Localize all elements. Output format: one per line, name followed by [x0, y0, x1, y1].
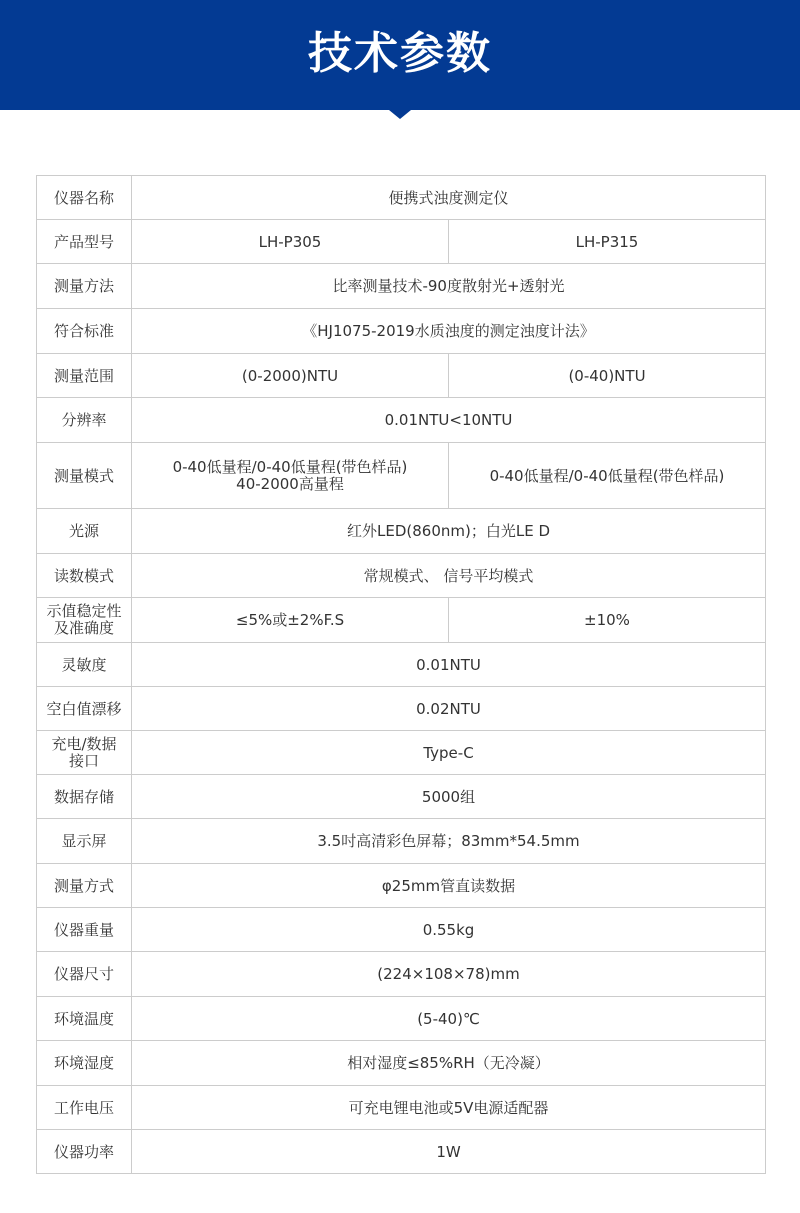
row-value: 比率测量技术-90度散射光+透射光: [132, 264, 766, 309]
header-banner: 技术参数: [0, 0, 800, 110]
row-label: 产品型号: [37, 220, 132, 264]
table-row: 仪器功率1W: [37, 1130, 766, 1174]
row-label: 光源: [37, 509, 132, 554]
table-row: 数据存储5000组: [37, 775, 766, 819]
row-label: 仪器重量: [37, 908, 132, 952]
row-label: 仪器尺寸: [37, 952, 132, 997]
table-row: 测量方法比率测量技术-90度散射光+透射光: [37, 264, 766, 309]
banner-notch: [389, 110, 411, 119]
row-label: 示值稳定性 及准确度: [37, 598, 132, 643]
table-row: 仪器重量0.55kg: [37, 908, 766, 952]
table-row: 环境温度(5-40)℃: [37, 997, 766, 1041]
row-value: φ25mm管直读数据: [132, 864, 766, 908]
table-row: 符合标准《HJ1075-2019水质浊度的测定浊度计法》: [37, 309, 766, 354]
row-value: 0.01NTU: [132, 643, 766, 687]
row-value: 便携式浊度测定仪: [132, 176, 766, 220]
row-label: 测量方式: [37, 864, 132, 908]
row-label: 符合标准: [37, 309, 132, 354]
row-label: 环境温度: [37, 997, 132, 1041]
table-row: 产品型号LH-P305LH-P315: [37, 220, 766, 264]
table-row: 空白值漂移0.02NTU: [37, 687, 766, 731]
row-value: 5000组: [132, 775, 766, 819]
row-label: 显示屏: [37, 819, 132, 864]
table-row: 读数模式常规模式、 信号平均模式: [37, 554, 766, 598]
table-row: 测量模式0-40低量程/0-40低量程(带色样品) 40-2000高量程0-40…: [37, 443, 766, 509]
row-value: (5-40)℃: [132, 997, 766, 1041]
row-value: 常规模式、 信号平均模式: [132, 554, 766, 598]
row-label: 读数模式: [37, 554, 132, 598]
spec-table: 仪器名称便携式浊度测定仪产品型号LH-P305LH-P315测量方法比率测量技术…: [36, 175, 766, 1174]
table-row: 充电/数据 接口Type-C: [37, 731, 766, 775]
row-value: 3.5吋高清彩色屏幕；83mm*54.5mm: [132, 819, 766, 864]
row-value: LH-P315: [449, 220, 766, 264]
table-row: 分辨率0.01NTU<10NTU: [37, 398, 766, 443]
row-label: 工作电压: [37, 1086, 132, 1130]
row-label: 灵敏度: [37, 643, 132, 687]
row-value: 0.55kg: [132, 908, 766, 952]
table-row: 光源红外LED(860nm)；白光LE D: [37, 509, 766, 554]
row-value: (224×108×78)mm: [132, 952, 766, 997]
row-value: 0-40低量程/0-40低量程(带色样品) 40-2000高量程: [132, 443, 449, 509]
row-value: 1W: [132, 1130, 766, 1174]
row-value: 0.01NTU<10NTU: [132, 398, 766, 443]
table-row: 仪器尺寸(224×108×78)mm: [37, 952, 766, 997]
row-value: Type-C: [132, 731, 766, 775]
table-row: 显示屏3.5吋高清彩色屏幕；83mm*54.5mm: [37, 819, 766, 864]
row-label: 测量方法: [37, 264, 132, 309]
row-value: 可充电锂电池或5V电源适配器: [132, 1086, 766, 1130]
row-label: 测量模式: [37, 443, 132, 509]
row-value: (0-40)NTU: [449, 354, 766, 398]
table-row: 测量范围(0-2000)NTU(0-40)NTU: [37, 354, 766, 398]
row-value: 0-40低量程/0-40低量程(带色样品): [449, 443, 766, 509]
row-label: 分辨率: [37, 398, 132, 443]
row-label: 仪器功率: [37, 1130, 132, 1174]
row-value: ≤5%或±2%F.S: [132, 598, 449, 643]
table-row: 仪器名称便携式浊度测定仪: [37, 176, 766, 220]
row-label: 环境湿度: [37, 1041, 132, 1086]
table-row: 灵敏度0.01NTU: [37, 643, 766, 687]
row-label: 测量范围: [37, 354, 132, 398]
row-value: ±10%: [449, 598, 766, 643]
row-label: 空白值漂移: [37, 687, 132, 731]
spec-table-body: 仪器名称便携式浊度测定仪产品型号LH-P305LH-P315测量方法比率测量技术…: [37, 176, 766, 1174]
row-value: LH-P305: [132, 220, 449, 264]
row-value: 0.02NTU: [132, 687, 766, 731]
row-value: 红外LED(860nm)；白光LE D: [132, 509, 766, 554]
row-label: 数据存储: [37, 775, 132, 819]
row-label: 充电/数据 接口: [37, 731, 132, 775]
row-value: (0-2000)NTU: [132, 354, 449, 398]
table-row: 工作电压可充电锂电池或5V电源适配器: [37, 1086, 766, 1130]
page-title: 技术参数: [0, 22, 800, 86]
row-value: 相对湿度≤85%RH（无冷凝）: [132, 1041, 766, 1086]
table-row: 测量方式φ25mm管直读数据: [37, 864, 766, 908]
row-value: 《HJ1075-2019水质浊度的测定浊度计法》: [132, 309, 766, 354]
table-row: 环境湿度相对湿度≤85%RH（无冷凝）: [37, 1041, 766, 1086]
row-label: 仪器名称: [37, 176, 132, 220]
table-row: 示值稳定性 及准确度≤5%或±2%F.S±10%: [37, 598, 766, 643]
